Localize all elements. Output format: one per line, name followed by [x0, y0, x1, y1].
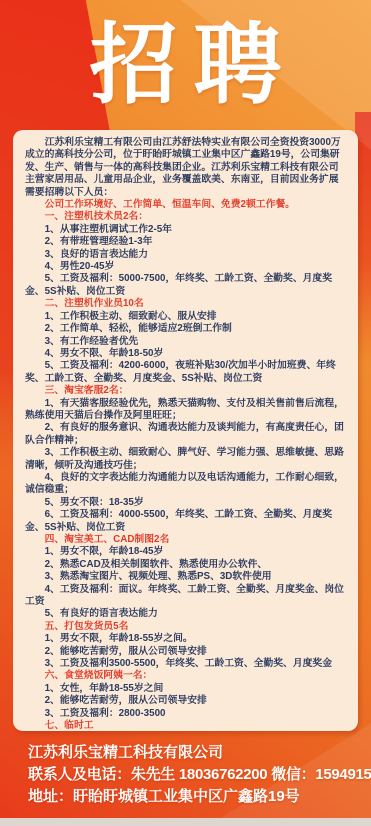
job-section: 二、注塑机作业员10名1、工作积极主动、细致耐心、服从安排2、工作简单、轻松，能…	[25, 298, 346, 385]
section-item: 5、有良好的语言表达能力	[25, 608, 346, 620]
section-item: 3、工作积极主动、细致耐心、脾气好、学习能力强、思维敏捷、思路清晰，倾听及沟通技…	[25, 447, 346, 472]
section-item: 2、能够吃苦耐劳，服从公司领导安排	[25, 646, 346, 658]
section-item: 5、男女不限：18-35岁	[25, 497, 346, 509]
section-item: 2、有带班管理经验1-3年	[25, 236, 346, 248]
section-item: 2、熟悉CAD及相关制图软件、熟悉使用办公软件、	[25, 559, 346, 571]
section-title: 四、淘宝美工、CAD制图2名	[25, 534, 346, 546]
poster-title: 招聘	[0, 6, 371, 124]
recruitment-poster: 招聘 江苏利乐宝精工有限公司由江苏舒法特实业有限公司全资投资3000万成立的高科…	[0, 0, 371, 826]
section-item: 3、工资及福利：2800-3500	[25, 708, 346, 720]
footer-company-name: 江苏利乐宝精工科技有限公司	[28, 742, 363, 764]
section-title: 五、打包发货员5名	[25, 621, 346, 633]
intro-paragraph: 江苏利乐宝精工有限公司由江苏舒法特实业有限公司全资投资3000万成立的高科技分公…	[25, 137, 346, 199]
section-item: 2、工作简单、轻松，能够适应2班倒工作制	[25, 323, 346, 335]
section-item: 5、工资及福利：5000-7500，年终奖、工龄工资、全勤奖、月度奖金、5S补贴…	[25, 273, 346, 298]
footer-contact-block: 江苏利乐宝精工科技有限公司 联系人及电话：朱先生 18036762200 微信：…	[28, 742, 363, 808]
section-item: 2、有良好的服务意识、沟通表达能力及谈判能力，有高度责任心，团队合作精神；	[25, 422, 346, 447]
section-item: 1、从事注塑机调试工作2-5年	[25, 224, 346, 236]
section-item: 4、男女不限、年龄18-50岁	[25, 348, 346, 360]
footer-address: 地址：盱眙盱城镇工业集中区广鑫路19号	[28, 786, 363, 808]
section-item: 3、熟悉淘宝图片、视频处理、熟悉PS、3D软件使用	[25, 571, 346, 583]
job-section: 七、临时工1、男女不限，18-55岁2、能够吃苦耐劳，服从领导安排	[25, 720, 346, 731]
section-title: 七、临时工	[25, 720, 346, 731]
section-title: 一、注塑机技术员2名：	[25, 211, 346, 223]
footer-contact-phone: 联系人及电话：朱先生 18036762200 微信：15949155553	[28, 764, 363, 786]
content-card: 江苏利乐宝精工有限公司由江苏舒法特实业有限公司全资投资3000万成立的高科技分公…	[13, 130, 358, 731]
section-title: 六、食堂烧饭阿姨一名：	[25, 670, 346, 682]
section-item: 1、工作积极主动、细致耐心、服从安排	[25, 311, 346, 323]
job-section: 四、淘宝美工、CAD制图2名1、男女不限，年龄18-45岁2、熟悉CAD及相关制…	[25, 534, 346, 621]
sections: 一、注塑机技术员2名：1、从事注塑机调试工作2-5年2、有带班管理经验1-3年3…	[25, 211, 346, 731]
job-section: 三、淘宝客服2名：1、有天猫客服经验优先，熟悉天猫购物、支付及相关售前售后流程，…	[25, 385, 346, 534]
section-item: 1、男女不限，年龄18-55岁之间。	[25, 633, 346, 645]
section-item: 2、能够吃苦耐劳，服从公司领导安排	[25, 695, 346, 707]
section-item: 3、有工作经验者优先	[25, 336, 346, 348]
highlight-line: 公司工作环境好、工作简单、恒温车间、免费2顿工作餐。	[25, 199, 346, 211]
section-item: 1、有天猫客服经验优先，熟悉天猫购物、支付及相关售前售后流程，熟练使用天猫后台操…	[25, 398, 346, 423]
section-title: 二、注塑机作业员10名	[25, 298, 346, 310]
bottom-edge-strip	[0, 818, 371, 826]
section-title: 三、淘宝客服2名：	[25, 385, 346, 397]
section-item: 3、工资及福利3500-5500，年终奖、工龄工资、全勤奖、月度奖金	[25, 658, 346, 670]
section-item: 5、工资及福利：4200-6000，夜班补贴30/次加半小时加班费、年终奖、工龄…	[25, 360, 346, 385]
job-section: 五、打包发货员5名1、男女不限，年龄18-55岁之间。2、能够吃苦耐劳，服从公司…	[25, 621, 346, 671]
section-item: 4、男性20-45岁	[25, 261, 346, 273]
section-item: 1、女性，年龄18-55岁之间	[25, 683, 346, 695]
section-item: 1、男女不限，年龄18-45岁	[25, 546, 346, 558]
section-item: 3、良好的语言表达能力	[25, 249, 346, 261]
job-section: 六、食堂烧饭阿姨一名：1、女性，年龄18-55岁之间2、能够吃苦耐劳，服从公司领…	[25, 670, 346, 720]
job-section: 一、注塑机技术员2名：1、从事注塑机调试工作2-5年2、有带班管理经验1-3年3…	[25, 211, 346, 298]
section-item: 6、工资及福利：4000-5500，年终奖、工龄工资、全勤奖、月度奖金、5S补贴…	[25, 509, 346, 534]
section-item: 4、工资及福利：面议。年终奖、工龄工资、全勤奖、月度奖金、岗位工资	[25, 584, 346, 609]
section-item: 4、良好的文字表达能力沟通能力以及电话沟通能力，工作耐心细致，诚信稳重；	[25, 472, 346, 497]
